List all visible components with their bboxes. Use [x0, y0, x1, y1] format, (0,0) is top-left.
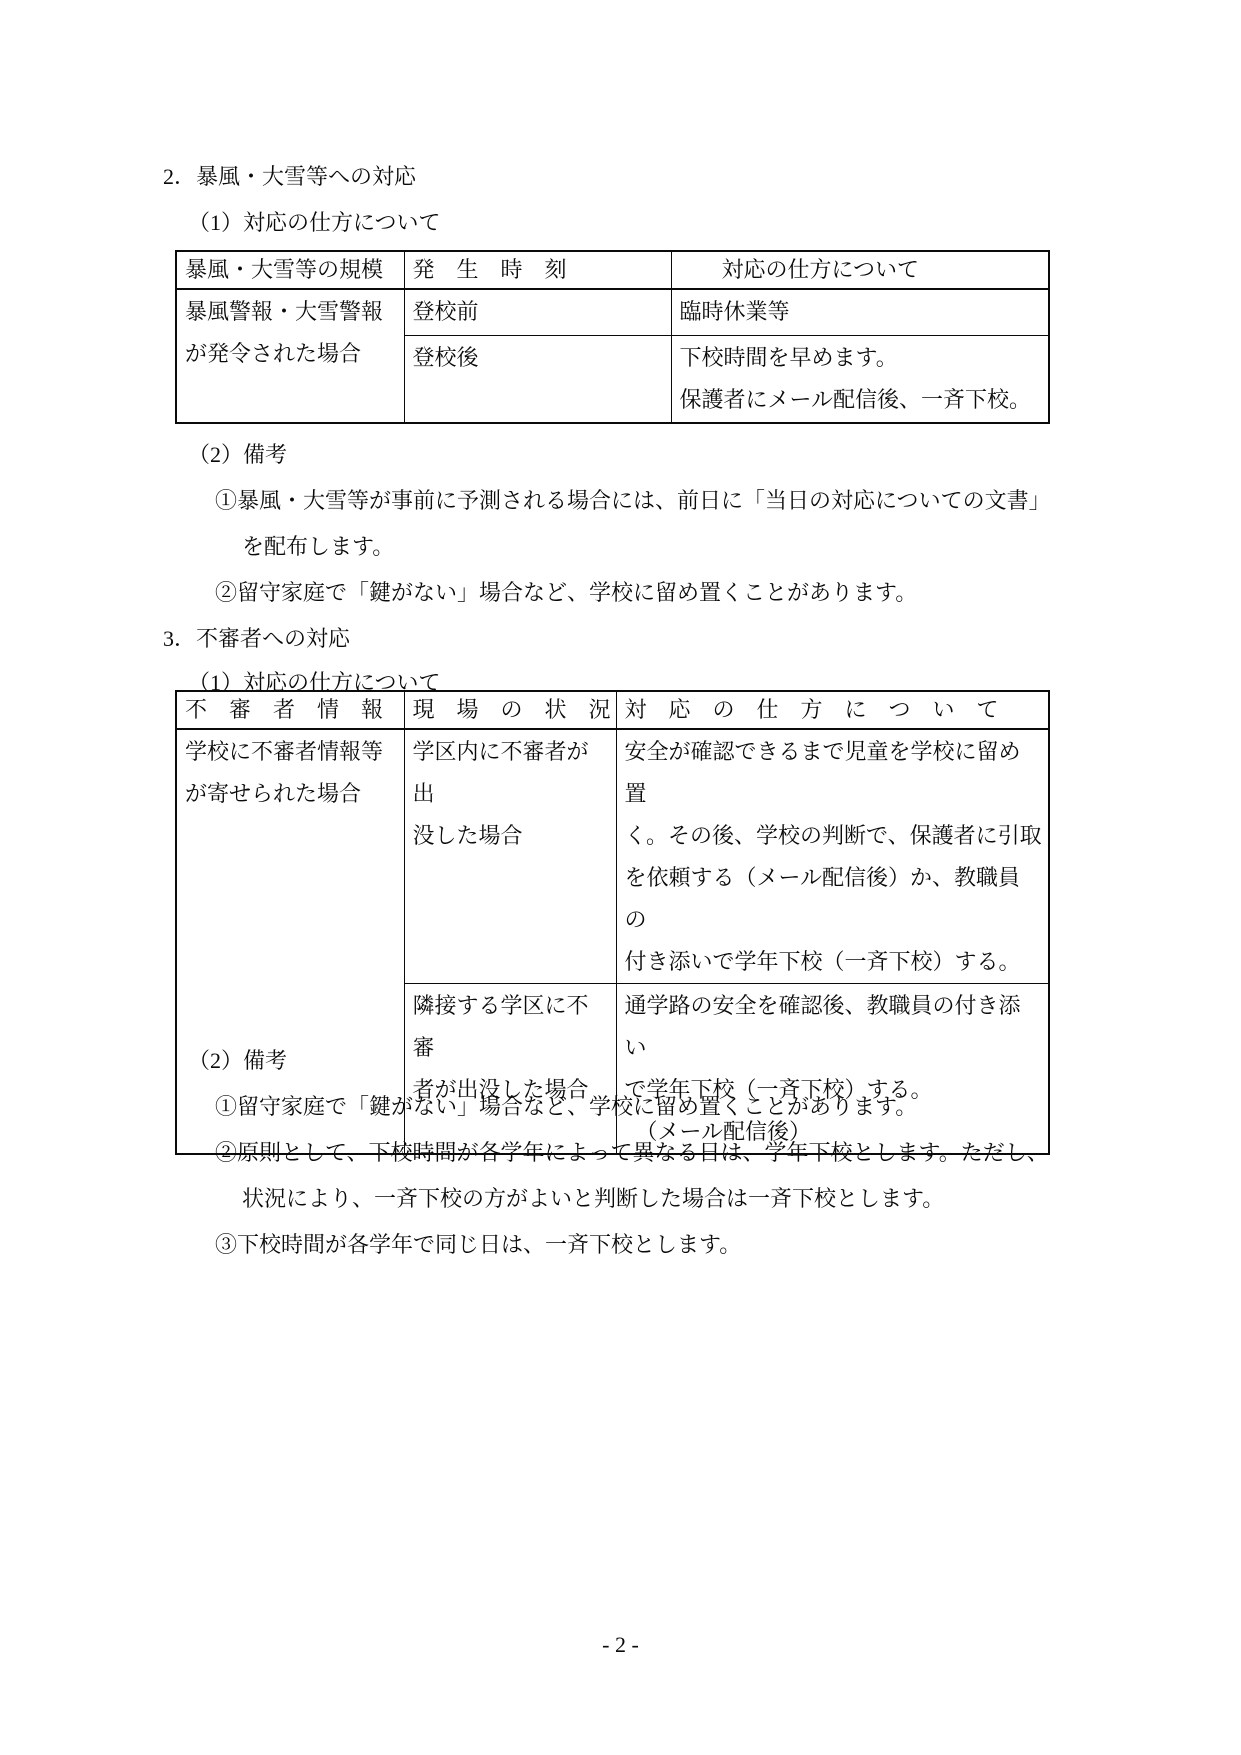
storm-table-time-after: 登校後: [404, 335, 671, 423]
suspicious-person-table: 不 審 者 情 報 現 場 の 状 況 対 応 の 仕 方 に つ い て 学校…: [175, 690, 1050, 1155]
storm-table-header-row: 暴風・大雪等の規模 発 生 時 刻 対応の仕方について: [176, 251, 1049, 289]
page-number: - 2 -: [0, 1632, 1241, 1658]
section-3-note-2: ②原則として、下校時間が各学年によって異なる日は、学年下校とします。ただし、: [215, 1136, 1049, 1167]
storm-table-action-after: 下校時間を早めます。 保護者にメール配信後、一斉下校。: [671, 335, 1049, 423]
section-2-sub-heading-1: （1）対応の仕方について: [188, 206, 441, 237]
storm-table-header-response: 対応の仕方について: [671, 251, 1049, 289]
suspicious-table-header-row: 不 審 者 情 報 現 場 の 状 況 対 応 の 仕 方 に つ い て: [176, 691, 1049, 729]
section-3-sub-heading-2: （2）備考: [188, 1044, 287, 1075]
suspicious-table-situation-adjacent: 隣接する学区に不審 者が出没した場合: [404, 984, 616, 1155]
storm-table-header-time: 発 生 時 刻: [404, 251, 671, 289]
storm-response-table: 暴風・大雪等の規模 発 生 時 刻 対応の仕方について 暴風警報・大雪警報 が発…: [175, 250, 1050, 424]
suspicious-table-header-response: 対 応 の 仕 方 に つ い て: [616, 691, 1049, 729]
section-3-note-3: ③下校時間が各学年で同じ日は、一斉下校とします。: [215, 1228, 741, 1259]
storm-table-condition-cell: 暴風警報・大雪警報 が発令された場合: [176, 289, 404, 423]
suspicious-table-situation-in-district: 学区内に不審者が出 没した場合: [404, 729, 616, 984]
suspicious-table-header-info: 不 審 者 情 報: [176, 691, 404, 729]
suspicious-table-row-in-district: 学校に不審者情報等 が寄せられた場合 学区内に不審者が出 没した場合 安全が確認…: [176, 729, 1049, 984]
storm-table-row-before-school: 暴風警報・大雪警報 が発令された場合 登校前 臨時休業等: [176, 289, 1049, 335]
section-3-note-2-continued: 状況により、一斉下校の方がよいと判断した場合は一斉下校とします。: [242, 1182, 944, 1213]
section-2-sub-heading-2: （2）備考: [188, 438, 287, 469]
suspicious-table-action-adjacent: 通学路の安全を確認後、教職員の付き添い で学年下校（一斉下校）する。 （メール配…: [616, 984, 1049, 1155]
storm-table-time-before: 登校前: [404, 289, 671, 335]
section-3-heading: 3．不審者への対応: [163, 622, 350, 653]
suspicious-table-header-scene: 現 場 の 状 況: [404, 691, 616, 729]
section-2-heading: 2．暴風・大雪等への対応: [163, 160, 416, 191]
storm-table-action-before: 臨時休業等: [671, 289, 1049, 335]
suspicious-table-action-in-district: 安全が確認できるまで児童を学校に留め置 く。その後、学校の判断で、保護者に引取 …: [616, 729, 1049, 984]
section-2-note-1-continued: を配布します。: [242, 530, 394, 561]
section-3-note-1: ①留守家庭で「鍵がない」場合など、学校に留め置くことがあります。: [215, 1090, 917, 1121]
section-2-note-1: ①暴風・大雪等が事前に予測される場合には、前日に「当日の対応についての文書」: [215, 484, 1051, 515]
storm-table-header-scale: 暴風・大雪等の規模: [176, 251, 404, 289]
document-page: 2．暴風・大雪等への対応 （1）対応の仕方について 暴風・大雪等の規模 発 生 …: [0, 0, 1241, 1755]
section-2-note-2: ②留守家庭で「鍵がない」場合など、学校に留め置くことがあります。: [215, 576, 917, 607]
